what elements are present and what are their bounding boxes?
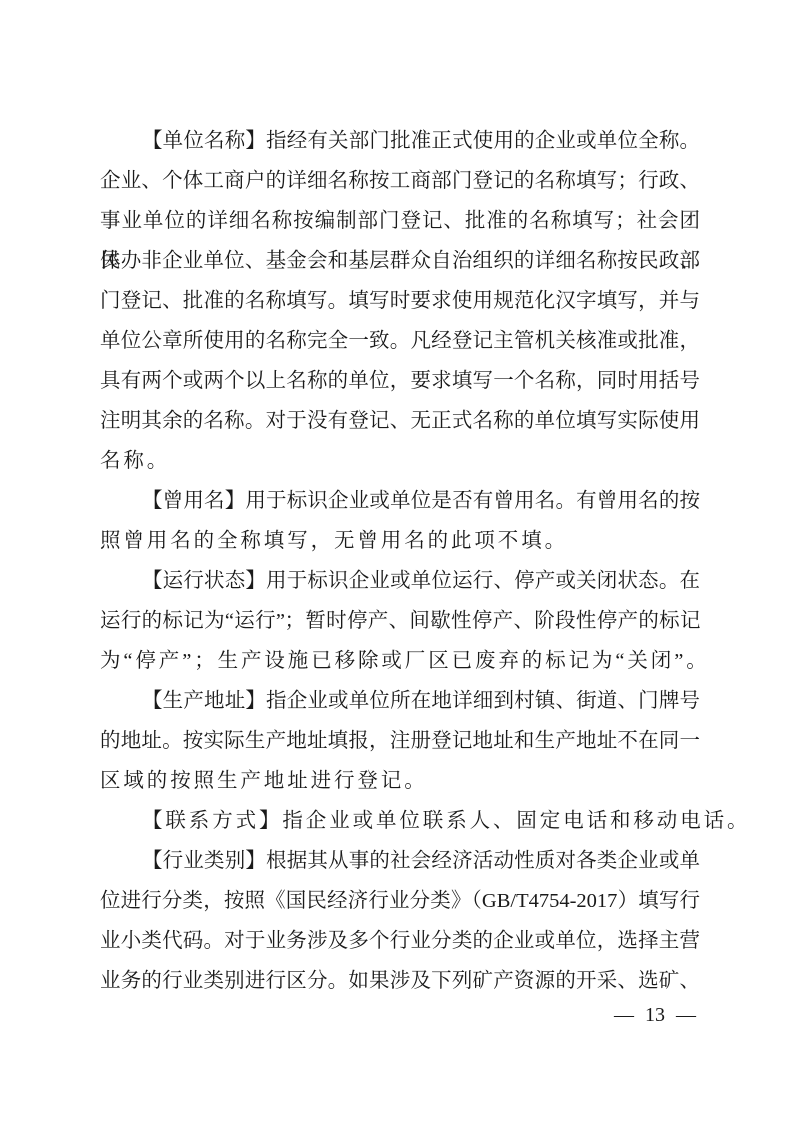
text-line: 门登记、批准的名称填写。填写时要求使用规范化汉字填写，并与: [100, 281, 700, 321]
text-line: 【曾用名】用于标识企业或单位是否有曾用名。有曾用名的按: [100, 481, 700, 521]
text-line: 区域的按照生产地址进行登记。: [100, 761, 700, 801]
text-line: 运行的标记为“运行”；暂时停产、间歇性停产、阶段性停产的标记: [100, 601, 700, 641]
paragraph-operating-status: 【运行状态】用于标识企业或单位运行、停产或关闭状态。在 运行的标记为“运行”；暂…: [100, 561, 700, 681]
footer-dash-left: —: [614, 1003, 634, 1027]
text-line: 企业、个体工商户的详细名称按工商部门登记的名称填写；行政、: [100, 161, 700, 201]
text-line: 为“停产”；生产设施已移除或厂区已废弃的标记为“关闭”。: [100, 641, 700, 681]
paragraph-contact-method: 【联系方式】指企业或单位联系人、固定电话和移动电话。: [100, 801, 700, 841]
text-line: 【单位名称】指经有关部门批准正式使用的企业或单位全称。: [100, 121, 700, 161]
text-line: 单位公章所使用的名称完全一致。凡经登记主管机关核准或批准，: [100, 321, 700, 361]
text-line: 【联系方式】指企业或单位联系人、固定电话和移动电话。: [100, 801, 700, 841]
text-line: 【行业类别】根据其从事的社会经济活动性质对各类企业或单: [100, 841, 700, 881]
text-line: 业小类代码。对于业务涉及多个行业分类的企业或单位，选择主营: [100, 921, 700, 961]
page-number: 13: [645, 1003, 665, 1027]
page-footer: —13—: [614, 1003, 696, 1027]
paragraph-former-name: 【曾用名】用于标识企业或单位是否有曾用名。有曾用名的按 照曾用名的全称填写，无曾…: [100, 481, 700, 561]
paragraph-industry-category: 【行业类别】根据其从事的社会经济活动性质对各类企业或单 位进行分类，按照《国民经…: [100, 841, 700, 1001]
text-line: 【生产地址】指企业或单位所在地详细到村镇、街道、门牌号: [100, 681, 700, 721]
text-line: 位进行分类，按照《国民经济行业分类》（GB/T4754-2017）填写行: [100, 881, 700, 921]
text-line: 的地址。按实际生产地址填报，注册登记地址和生产地址不在同一: [100, 721, 700, 761]
footer-dash-right: —: [676, 1003, 696, 1027]
text-line: 具有两个或两个以上名称的单位，要求填写一个名称，同时用括号: [100, 361, 700, 401]
document-page: 【单位名称】指经有关部门批准正式使用的企业或单位全称。 企业、个体工商户的详细名…: [0, 0, 800, 1131]
paragraph-production-address: 【生产地址】指企业或单位所在地详细到村镇、街道、门牌号 的地址。按实际生产地址填…: [100, 681, 700, 801]
text-line: 【运行状态】用于标识企业或单位运行、停产或关闭状态。在: [100, 561, 700, 601]
text-line: 事业单位的详细名称按编制部门登记、批准的名称填写；社会团体、: [100, 201, 700, 241]
text-line: 注明其余的名称。对于没有登记、无正式名称的单位填写实际使用: [100, 401, 700, 441]
text-line: 照曾用名的全称填写，无曾用名的此项不填。: [100, 521, 700, 561]
text-line: 民办非企业单位、基金会和基层群众自治组织的详细名称按民政部: [100, 241, 700, 281]
paragraph-unit-name: 【单位名称】指经有关部门批准正式使用的企业或单位全称。 企业、个体工商户的详细名…: [100, 121, 700, 481]
text-line: 业务的行业类别进行区分。如果涉及下列矿产资源的开采、选矿、: [100, 961, 700, 1001]
document-body: 【单位名称】指经有关部门批准正式使用的企业或单位全称。 企业、个体工商户的详细名…: [100, 121, 700, 1001]
text-line: 名称。: [100, 441, 700, 481]
